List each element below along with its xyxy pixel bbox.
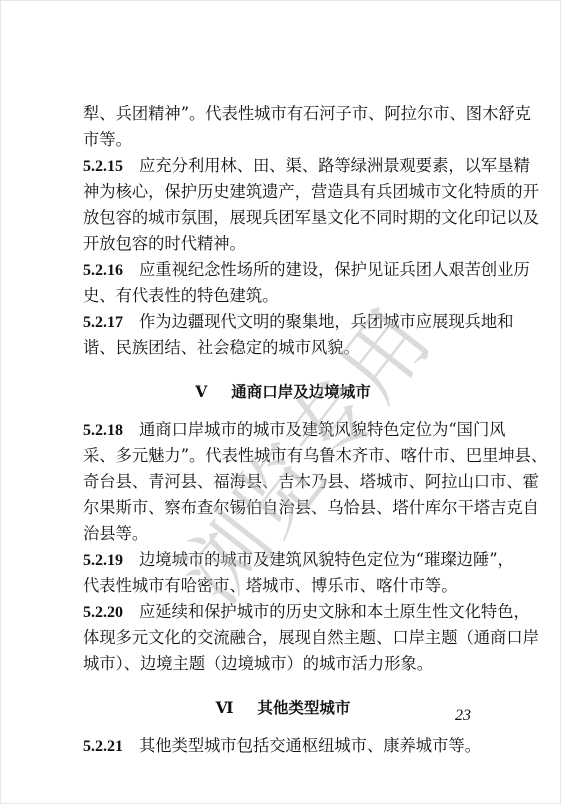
text-line: 犁、兵团精神”。代表性城市有石河子市、阿拉尔市、图木舒克 <box>83 101 483 127</box>
text-line: 治县等。 <box>83 521 483 547</box>
text-line: 体现多元文化的交流融合，展现自然主题、口岸主题（通商口岸 <box>83 625 483 651</box>
clause-number: 5.2.20 <box>83 604 123 621</box>
document-page: 犁、兵团精神”。代表性城市有石河子市、阿拉尔市、图木舒克 市等。 5.2.15应… <box>0 0 561 804</box>
intro-paragraph: 犁、兵团精神”。代表性城市有石河子市、阿拉尔市、图木舒克 市等。 <box>83 101 483 153</box>
section-roman-numeral: Ⅴ <box>195 384 207 401</box>
text-line: 市等。 <box>83 127 483 153</box>
text-line: 采、多元魅力”。代表性城市有乌鲁木齐市、喀什市、巴里坤县、 <box>83 443 483 469</box>
section-heading-v: Ⅴ通商口岸及边境城市 <box>83 379 483 405</box>
clause-number: 5.2.21 <box>83 738 123 755</box>
clause-5-2-18: 5.2.18通商口岸城市的城市及建筑风貌特色定位为“国门风 采、多元魅力”。代表… <box>83 417 483 547</box>
section-title: 其他类型城市 <box>257 699 350 717</box>
text-line: 放包容的城市氛围，展现兵团军垦文化不同时期的文化印记以及 <box>83 205 483 231</box>
clause-5-2-20: 5.2.20应延续和保护城市的历史文脉和本土原生性文化特色， 体现多元文化的交流… <box>83 599 483 677</box>
clause-5-2-17: 5.2.17作为边疆现代文明的聚集地，兵团城市应展现兵地和 谐、民族团结、社会稳… <box>83 309 483 361</box>
text-line: 边境城市的城市及建筑风貌特色定位为“璀璨边陲”， <box>139 550 514 569</box>
text-line: 奇台县、青河县、福海县、吉木乃县、塔城市、阿拉山口市、霍 <box>83 469 483 495</box>
text-line: 应延续和保护城市的历史文脉和本土原生性文化特色， <box>139 602 530 621</box>
text-line: 开放包容的时代精神。 <box>83 231 483 257</box>
text-line: 史、有代表性的特色建筑。 <box>83 283 483 309</box>
text-line: 应重视纪念性场所的建设，保护见证兵团人艰苦创业历 <box>139 260 530 279</box>
clause-number: 5.2.17 <box>83 314 123 331</box>
clause-5-2-21: 5.2.21其他类型城市包括交通枢纽城市、康养城市等。 <box>83 733 483 759</box>
section-roman-numeral: Ⅵ <box>216 700 234 717</box>
text-line: 作为边疆现代文明的聚集地，兵团城市应展现兵地和 <box>139 312 513 331</box>
text-line: 尔果斯市、察布查尔锡伯自治县、乌恰县、塔什库尔干塔吉克自 <box>83 495 483 521</box>
section-title: 通商口岸及边境城市 <box>231 383 371 401</box>
clause-number: 5.2.19 <box>83 552 123 569</box>
clause-number: 5.2.15 <box>83 158 123 175</box>
page-content: 犁、兵团精神”。代表性城市有石河子市、阿拉尔市、图木舒克 市等。 5.2.15应… <box>83 101 483 759</box>
page-number: 23 <box>455 707 471 725</box>
clause-number: 5.2.16 <box>83 262 123 279</box>
text-line: 通商口岸城市的城市及建筑风貌特色定位为“国门风 <box>139 420 506 439</box>
clause-5-2-19: 5.2.19边境城市的城市及建筑风貌特色定位为“璀璨边陲”， 代表性城市有哈密市… <box>83 547 483 599</box>
text-line: 应充分利用林、田、渠、路等绿洲景观要素，以军垦精 <box>139 156 530 175</box>
text-line: 代表性城市有哈密市、塔城市、博乐市、喀什市等。 <box>83 573 483 599</box>
text-line: 谐、民族团结、社会稳定的城市风貌。 <box>83 335 483 361</box>
clause-5-2-16: 5.2.16应重视纪念性场所的建设，保护见证兵团人艰苦创业历 史、有代表性的特色… <box>83 257 483 309</box>
clause-5-2-15: 5.2.15应充分利用林、田、渠、路等绿洲景观要素，以军垦精 神为核心，保护历史… <box>83 153 483 257</box>
text-line: 神为核心，保护历史建筑遗产，营造具有兵团城市文化特质的开 <box>83 179 483 205</box>
section-heading-vi: Ⅵ其他类型城市 <box>83 695 483 721</box>
text-line: 其他类型城市包括交通枢纽城市、康养城市等。 <box>139 736 481 755</box>
text-line: 城市）、边境主题（边境城市）的城市活力形象。 <box>83 651 483 677</box>
clause-number: 5.2.18 <box>83 422 123 439</box>
